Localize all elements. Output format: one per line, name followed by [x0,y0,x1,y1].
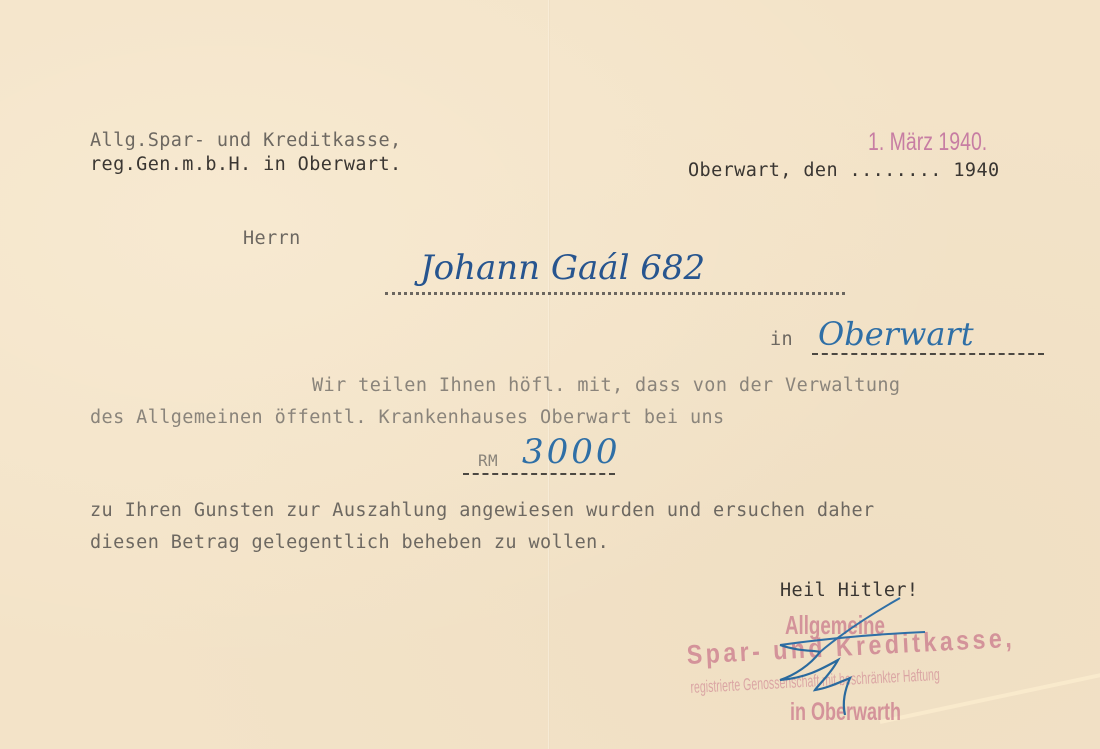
letter-page: Allg.Spar- und Kreditkasse, reg.Gen.m.b.… [0,0,1100,749]
place-underline [812,353,1044,355]
amount-value: 3000 [522,432,621,472]
signature-icon [760,590,930,720]
recipient-place: Oberwart [818,315,974,353]
recipient-name-dotline [385,292,845,295]
letterhead-line1: Allg.Spar- und Kreditkasse, [90,130,402,151]
place-prefix: in [770,329,793,350]
recipient-name: Johann Gaál 682 [420,248,705,288]
body-line4: diesen Betrag gelegentlich beheben zu wo… [90,532,609,553]
amount-underline [463,473,615,475]
date-line: Oberwart, den ........ 1940 [688,160,1000,181]
amount-currency: RM [478,451,498,470]
body-line3: zu Ihren Gunsten zur Auszahlung angewies… [90,500,875,521]
body-line2: des Allgemeinen öffentl. Krankenhauses O… [90,407,725,428]
date-stamp: 1. März 1940. [868,128,987,157]
body-line1: Wir teilen Ihnen höfl. mit, dass von der… [312,375,900,396]
salutation: Herrn [243,228,301,249]
letterhead-line2: reg.Gen.m.b.H. in Oberwart. [90,154,402,175]
